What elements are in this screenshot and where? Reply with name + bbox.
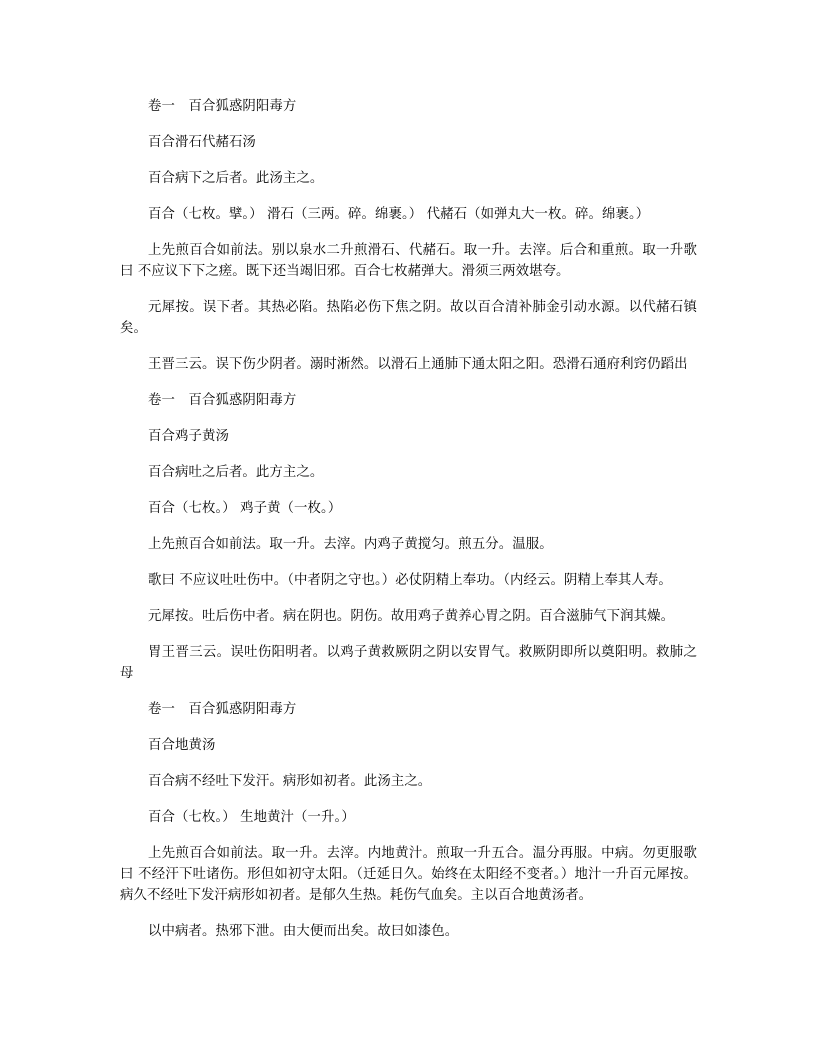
chapter-heading: 卷一 百合狐惑阴阳毒方 [120, 96, 697, 117]
formula-title: 百合地黄汤 [120, 735, 697, 756]
chapter-heading: 卷一 百合狐惑阴阳毒方 [120, 699, 697, 720]
ingredients-text: 百合（七枚。擘。） 滑石（三两。碎。绵裹。） 代赭石（如弹丸大一枚。碎。绵裹。） [120, 204, 697, 225]
indication-text: 百合病不经吐下发汗。病形如初者。此汤主之。 [120, 771, 697, 792]
commentary-text: 胃王晋三云。误吐伤阳明者。以鸡子黄救厥阴之阴以安胃气。救厥阴即所以奠阳明。救肺之… [120, 642, 697, 684]
commentary-text: 以中病者。热邪下泄。由大便而出矣。故曰如漆色。 [120, 921, 697, 942]
song-text: 歌曰 不应议吐吐伤中。（中者阴之守也。）必仗阴精上奉功。（内经云。阴精上奉其人寿… [120, 570, 697, 591]
method-text: 上先煎百合如前法。取一升。去滓。内地黄汁。煎取一升五合。温分再服。中病。勿更服歌… [120, 843, 697, 906]
formula-title: 百合鸡子黄汤 [120, 426, 697, 447]
formula-title: 百合滑石代赭石汤 [120, 132, 697, 153]
document-page: 卷一 百合狐惑阴阳毒方 百合滑石代赭石汤 百合病下之后者。此汤主之。 百合（七枚… [120, 96, 697, 957]
commentary-text: 元犀按。误下者。其热必陷。热陷必伤下焦之阴。故以百合清补肺金引动水源。以代赭石镇… [120, 297, 697, 339]
commentary-text: 元犀按。吐后伤中者。病在阴也。阴伤。故用鸡子黄养心胃之阴。百合滋肺气下润其燥。 [120, 606, 697, 627]
ingredients-text: 百合（七枚。） 鸡子黄（一枚。） [120, 498, 697, 519]
indication-text: 百合病下之后者。此汤主之。 [120, 168, 697, 189]
method-text: 上先煎百合如前法。取一升。去滓。内鸡子黄搅匀。煎五分。温服。 [120, 534, 697, 555]
chapter-heading: 卷一 百合狐惑阴阳毒方 [120, 390, 697, 411]
method-text: 上先煎百合如前法。别以泉水二升煎滑石、代赭石。取一升。去滓。后合和重煎。取一升歌… [120, 240, 697, 282]
commentary-text: 王晋三云。误下伤少阴者。溺时淅然。以滑石上通肺下通太阳之阳。恐滑石通府利窍仍蹈出 [120, 354, 697, 375]
ingredients-text: 百合（七枚。） 生地黄汁（一升。） [120, 807, 697, 828]
indication-text: 百合病吐之后者。此方主之。 [120, 462, 697, 483]
